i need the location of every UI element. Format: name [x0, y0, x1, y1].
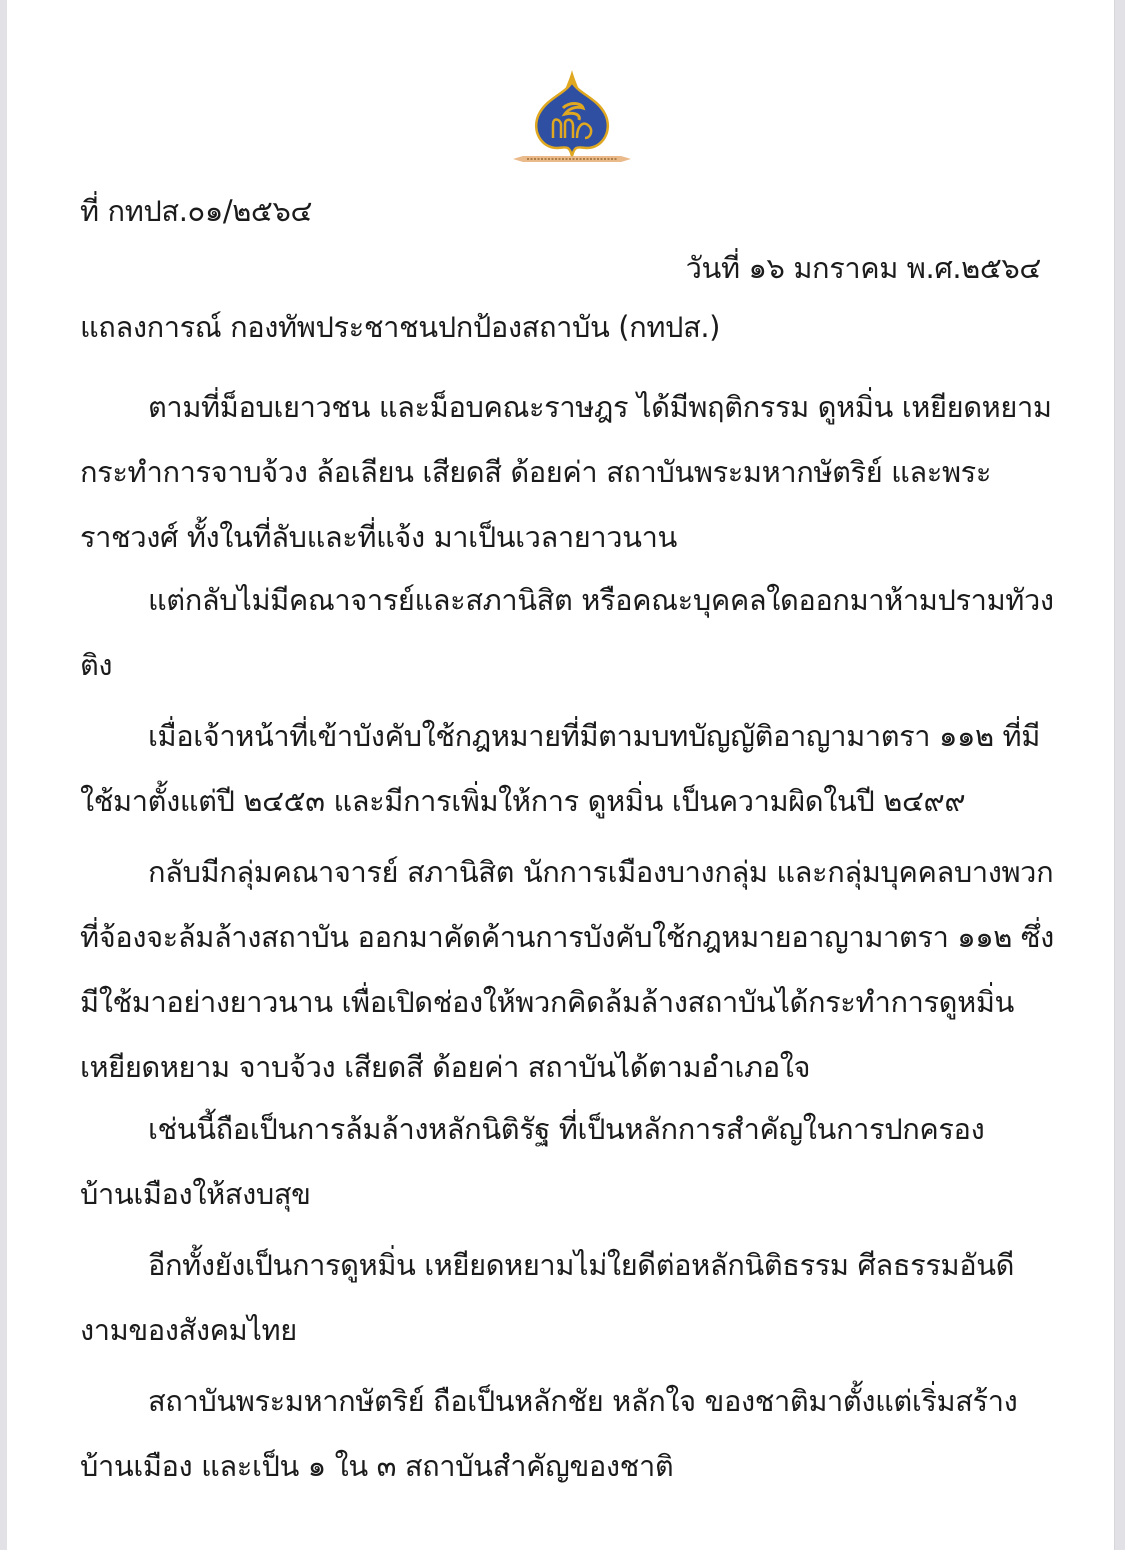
paragraph-line: เช่นนี้ถือเป็นการล้มล้างหลักนิติรัฐ ที่เ…	[80, 1097, 1065, 1162]
document-title: แถลงการณ์ กองทัพประชาชนปกป้องสถาบัน (กทป…	[80, 313, 720, 342]
paragraph-line: อีกทั้งยังเป็นการดูหมิ่น เหยียดหยามไม่ใย…	[80, 1233, 1065, 1298]
paragraph-line: ที่จ้องจะล้มล้างสถาบัน ออกมาคัดค้านการบั…	[80, 905, 1065, 970]
document-date: วันที่ ๑๖ มกราคม พ.ศ.๒๕๖๔	[686, 254, 1041, 283]
document-page: ที่ กทปส.๐๑/๒๕๖๔ วันที่ ๑๖ มกราคม พ.ศ.๒๕…	[7, 0, 1115, 1550]
paragraph-line: บ้านเมืองให้สงบสุข	[80, 1162, 1065, 1227]
paragraph-2: แต่กลับไม่มีคณาจารย์และสภานิสิต หรือคณะบ…	[80, 568, 1065, 698]
paragraph-line: บ้านเมือง และเป็น ๑ ใน ๓ สถาบันสำคัญของช…	[80, 1434, 1065, 1499]
paragraph-line: ใช้มาตั้งแต่ปี ๒๔๕๓ และมีการเพิ่มให้การ …	[80, 769, 1065, 834]
paragraph-3: เมื่อเจ้าหน้าที่เข้าบังคับใช้กฎหมายที่มี…	[80, 704, 1065, 834]
paragraph-line: งามของสังคมไทย	[80, 1298, 1065, 1363]
paragraph-line: เมื่อเจ้าหน้าที่เข้าบังคับใช้กฎหมายที่มี…	[80, 704, 1065, 769]
emblem-logo	[507, 68, 637, 168]
bodhi-leaf-emblem-icon	[507, 68, 637, 168]
paragraph-line: เหยียดหยาม จาบจ้วง เสียดสี ด้อยค่า สถาบั…	[80, 1035, 1065, 1100]
paragraph-7: สถาบันพระมหากษัตริย์ ถือเป็นหลักชัย หลัก…	[80, 1369, 1065, 1499]
paragraph-line: กระทำการจาบจ้วง ล้อเลียน เสียดสี ด้อยค่า…	[80, 440, 1065, 505]
paragraph-line: กลับมีกลุ่มคณาจารย์ สภานิสิต นักการเมือง…	[80, 840, 1065, 905]
paragraph-line: มีใช้มาอย่างยาวนาน เพื่อเปิดช่องให้พวกคิ…	[80, 970, 1065, 1035]
paragraph-6: อีกทั้งยังเป็นการดูหมิ่น เหยียดหยามไม่ใย…	[80, 1233, 1065, 1363]
left-margin	[0, 0, 7, 1550]
document-reference-number: ที่ กทปส.๐๑/๒๕๖๔	[80, 197, 312, 226]
paragraph-line: แต่กลับไม่มีคณาจารย์และสภานิสิต หรือคณะบ…	[80, 568, 1065, 633]
paragraph-4: กลับมีกลุ่มคณาจารย์ สภานิสิต นักการเมือง…	[80, 840, 1065, 1100]
paragraph-1: ตามที่ม็อบเยาวชน และม็อบคณะราษฎร ได้มีพฤ…	[80, 375, 1065, 570]
paragraph-line: ตามที่ม็อบเยาวชน และม็อบคณะราษฎร ได้มีพฤ…	[80, 375, 1065, 440]
paragraph-line: สถาบันพระมหากษัตริย์ ถือเป็นหลักชัย หลัก…	[80, 1369, 1065, 1434]
right-margin	[1114, 0, 1125, 1550]
paragraph-line: ราชวงศ์ ทั้งในที่ลับและที่แจ้ง มาเป็นเวล…	[80, 505, 1065, 570]
paragraph-line: ติง	[80, 633, 1065, 698]
paragraph-5: เช่นนี้ถือเป็นการล้มล้างหลักนิติรัฐ ที่เ…	[80, 1097, 1065, 1227]
